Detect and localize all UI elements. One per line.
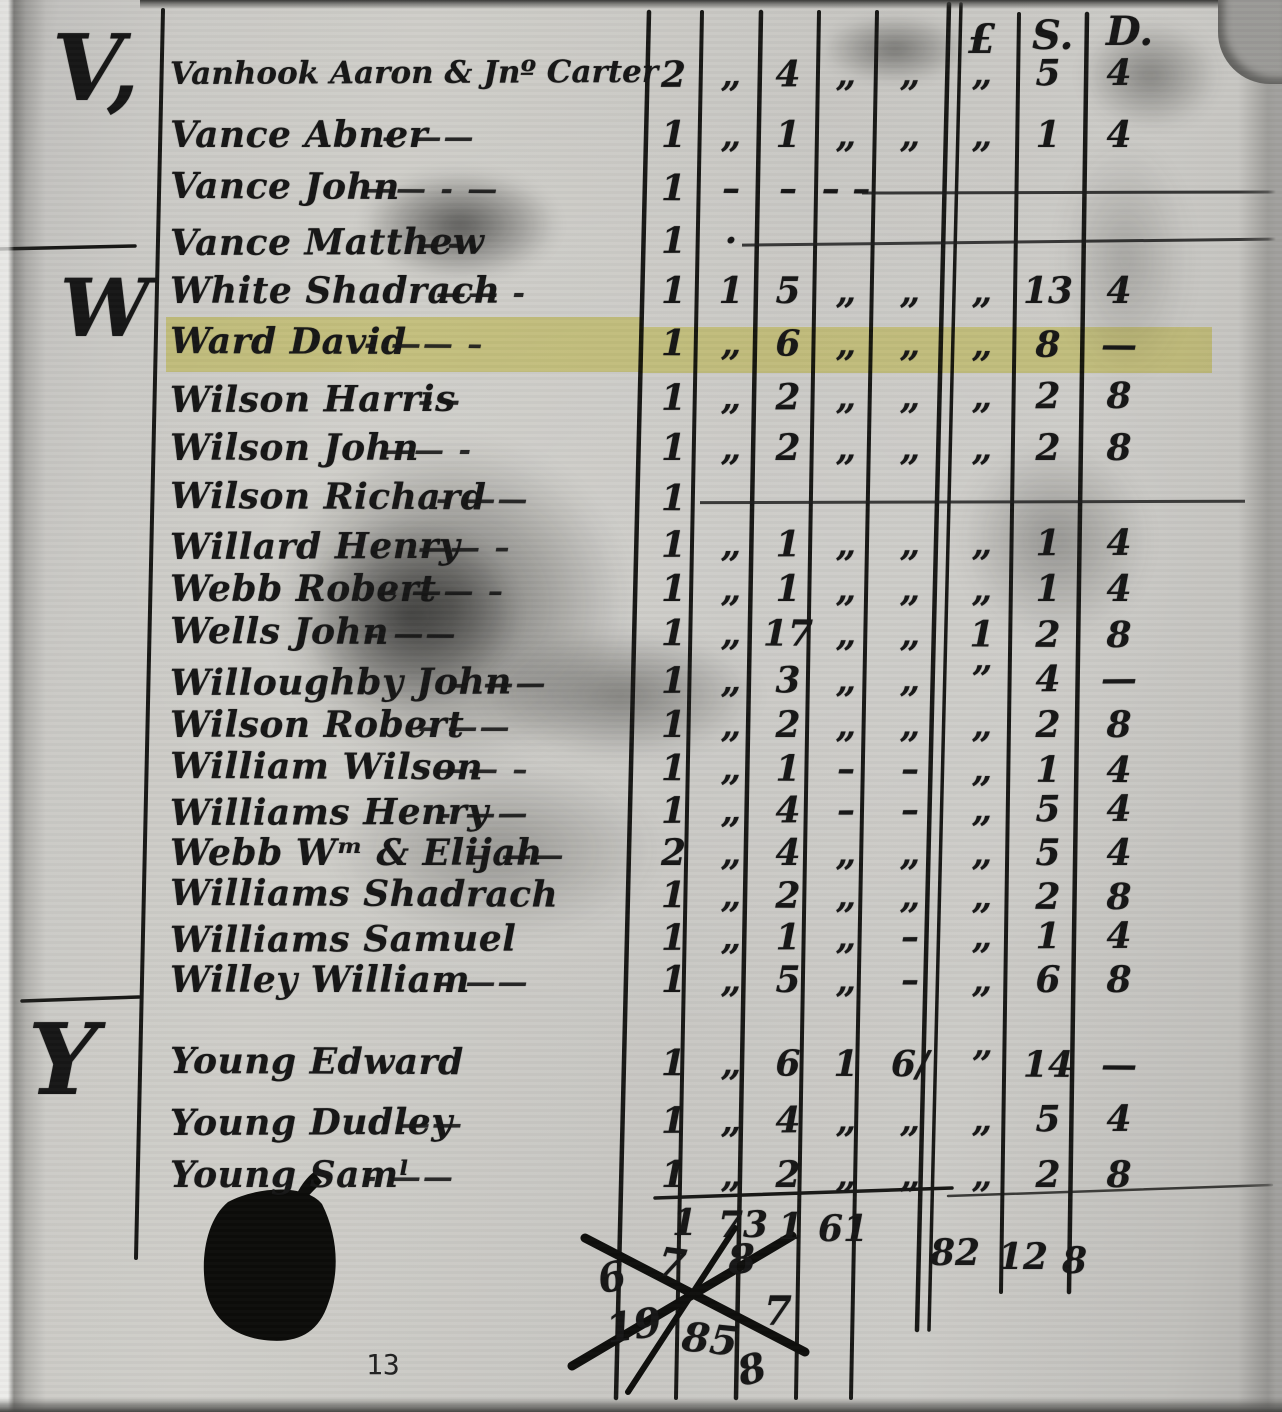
value-col-d: „ [817, 959, 875, 1001]
leader-dashes: – - [418, 384, 462, 419]
value-col-c: 2 [759, 427, 817, 469]
value-col-d: „ [817, 1099, 875, 1141]
value-col-d: „ [817, 1154, 875, 1196]
taxpayer-name: Vanhook Aaron & Jnº Carter [170, 54, 658, 92]
value-col-a: 1 [645, 959, 702, 1001]
value-col-a: 1 [645, 790, 702, 832]
value-col-b: „ [703, 1099, 759, 1141]
value-col-p: — [1082, 658, 1156, 700]
value-col-p: 4 [1082, 270, 1156, 312]
ledger-row: White Shadrach—— -115„„„134 [0, 268, 1282, 318]
value-col-s: 1 [1014, 749, 1082, 791]
leader-dashes: —— - [382, 433, 473, 468]
value-col-d: „ [817, 568, 875, 610]
crossout-figure: 8 [733, 1347, 770, 1393]
value-col-pound: „ [950, 748, 1014, 790]
value-col-e: – [875, 789, 945, 831]
value-col-c: 6 [759, 1043, 817, 1085]
value-col-c: 5 [759, 959, 817, 1001]
value-col-s: 4 [1014, 658, 1082, 700]
crossout-figure: 7 [764, 1292, 792, 1332]
value-col-d: „ [817, 613, 875, 655]
value-col-a: 1 [645, 874, 702, 916]
leader-dashes: —— – [418, 531, 512, 566]
total-pence: 8 [1062, 1240, 1087, 1282]
value-col-s: 5 [1014, 788, 1082, 830]
value-col-c: 2 [759, 875, 817, 917]
value-col-e: „ [875, 875, 945, 917]
total-col-e: 61 [818, 1208, 868, 1250]
value-col-e: – [875, 748, 945, 790]
value-col-p: 4 [1082, 52, 1156, 94]
ledger-row: Young Edward1„616/”14— [0, 1037, 1282, 1093]
value-col-e: „ [875, 523, 945, 565]
value-col-c: 3 [759, 659, 817, 701]
total-shillings: 12 [998, 1236, 1048, 1278]
leader-dashes: – —— [436, 796, 530, 831]
value-col-p: 4 [1082, 522, 1156, 564]
taxpayer-name: Willey William [170, 959, 470, 1001]
ledger-row: Vance John—— - —1––– – [0, 162, 1282, 218]
value-col-c: 1 [759, 748, 817, 790]
taxpayer-name: Williams Shadrach [170, 872, 558, 916]
value-col-e: „ [875, 114, 945, 156]
value-col-d: „ [817, 323, 875, 365]
value-col-s: 1 [1014, 114, 1082, 156]
value-col-pound: „ [950, 522, 1014, 564]
value-col-e: „ [875, 704, 945, 746]
value-col-c: 6 [759, 323, 817, 365]
value-col-a: 1 [645, 612, 702, 654]
value-col-s: 13 [1014, 270, 1082, 312]
value-col-b: „ [703, 832, 759, 874]
value-col-pound: „ [950, 875, 1014, 917]
value-col-e: 6/ [875, 1043, 945, 1085]
value-col-p: 4 [1082, 915, 1156, 957]
value-col-pound: „ [950, 427, 1014, 469]
value-col-e: „ [875, 659, 945, 701]
value-col-c: 4 [759, 53, 817, 95]
value-col-d: – [817, 789, 875, 831]
value-col-b: „ [703, 874, 759, 916]
page-edge-bottom [0, 1398, 1282, 1412]
value-col-d: „ [817, 704, 875, 746]
value-col-p: 8 [1082, 427, 1156, 469]
value-col-s: 1 [1014, 568, 1082, 610]
value-col-c: 2 [759, 1154, 817, 1196]
value-col-e: „ [875, 568, 945, 610]
value-col-pound: „ [950, 915, 1014, 957]
value-col-a: 2 [645, 54, 702, 96]
value-col-b: „ [703, 322, 759, 364]
taxpayer-name: Wells John [170, 610, 389, 653]
value-col-pound: „ [950, 1154, 1014, 1196]
value-col-b: „ [703, 789, 759, 831]
ledger-row: Vance Matthew– -1· [0, 215, 1282, 271]
taxpayer-name: Wilson Harris [170, 378, 456, 421]
value-col-a: 1 [645, 704, 702, 746]
value-col-pound: 1 [950, 613, 1014, 655]
value-col-s: 5 [1014, 52, 1082, 94]
taxpayer-name: Young Edward [170, 1040, 464, 1083]
ledger-row: Young Dudley——1„4„„„54 [0, 1095, 1282, 1151]
value-col-d: „ [817, 875, 875, 917]
value-col-p: 8 [1082, 959, 1156, 1001]
value-col-s: 2 [1014, 1154, 1082, 1196]
value-col-e: „ [875, 1099, 945, 1141]
value-col-s: 2 [1014, 614, 1082, 656]
crossout-figure: 7 [655, 1242, 688, 1285]
value-col-d: – [817, 748, 875, 790]
value-col-b: „ [703, 114, 759, 156]
value-col-e: „ [875, 1154, 945, 1196]
value-col-s: 14 [1014, 1044, 1082, 1086]
ledger-row: Wells John– ——1„17„„128 [0, 607, 1282, 663]
value-col-p: 8 [1082, 375, 1156, 417]
value-col-a: 1 [645, 427, 702, 469]
crossout-figure: 85 [680, 1317, 740, 1363]
value-col-p: 4 [1082, 1098, 1156, 1140]
value-col-a: 1 [645, 270, 702, 312]
blank-entry-rule [700, 500, 1245, 504]
value-col-c: 1 [759, 114, 817, 156]
leader-dashes: - —— – [364, 327, 484, 363]
leader-dashes: – —— [382, 120, 475, 155]
value-col-c: 4 [759, 832, 817, 874]
value-col-c: 5 [759, 270, 817, 312]
value-col-pound: „ [950, 568, 1014, 610]
ledger-row: Vance Abner– ——1„1„„„14 [0, 112, 1282, 162]
blank-entry-rule [742, 237, 1282, 247]
value-col-s: 1 [1014, 915, 1082, 957]
value-col-a: 1 [645, 917, 702, 959]
value-col-pound: „ [950, 52, 1014, 94]
crossout-figure: 6 [594, 1256, 630, 1301]
value-col-a: 2 [645, 832, 702, 874]
value-col-d: „ [817, 114, 875, 156]
value-col-s: 2 [1014, 704, 1082, 746]
value-col-p: 8 [1082, 704, 1156, 746]
value-col-a: 1 [645, 660, 702, 702]
page-edge-right [1238, 0, 1282, 1412]
value-col-s: 5 [1014, 1098, 1082, 1140]
value-col-p: 4 [1082, 114, 1156, 156]
value-col-c: 4 [759, 789, 817, 831]
value-col-a: 1 [645, 747, 702, 789]
ledger-row: Willey William– ——1„5„–„68 [0, 957, 1282, 1007]
value-col-d: „ [817, 659, 875, 701]
value-col-a: 1 [645, 220, 702, 262]
value-col-s: 2 [1014, 375, 1082, 417]
total-pounds: 82 [930, 1232, 980, 1274]
page-edge-top [140, 0, 1245, 9]
value-col-b: „ [703, 612, 759, 654]
value-col-c: 2 [759, 376, 817, 418]
value-col-b: „ [703, 747, 759, 789]
value-col-pound: „ [950, 788, 1014, 830]
value-col-a: 1 [645, 1154, 702, 1196]
value-col-a: 1 [645, 1100, 702, 1142]
ledger-row: Wilson John—— -1„2„„„28 [0, 425, 1282, 475]
page-edge-left [0, 0, 46, 1412]
leader-dashes: —— - — [364, 172, 499, 208]
value-col-s: 1 [1014, 522, 1082, 564]
blank-entry-rule [862, 190, 1282, 194]
value-col-e: „ [875, 427, 945, 469]
leader-dashes: – —— [436, 965, 529, 1000]
value-col-s: 6 [1014, 959, 1082, 1001]
value-col-e: „ [875, 613, 945, 655]
value-col-d: „ [817, 270, 875, 312]
value-col-b: „ [703, 53, 759, 95]
crossout-figure: 19 [603, 1302, 664, 1349]
value-col-a: 1 [645, 1042, 702, 1084]
value-col-b: „ [703, 659, 759, 701]
value-col-e: „ [875, 323, 945, 365]
total-col-d: 1 [778, 1206, 803, 1248]
value-col-d: „ [817, 53, 875, 95]
leader-dashes: —— [400, 1107, 464, 1142]
value-col-b: „ [703, 376, 759, 418]
value-col-a: 1 [645, 167, 702, 209]
leader-dashes: – —— [472, 838, 565, 873]
value-col-e: – [875, 959, 945, 1001]
value-col-c: 1 [759, 523, 817, 565]
value-col-e: „ [875, 270, 945, 312]
value-col-s: 2 [1014, 876, 1082, 918]
ledger-row: Ward David- —— –1„6„„„8— [0, 317, 1282, 373]
value-col-b: „ [703, 1042, 759, 1084]
value-col-b: „ [703, 916, 759, 958]
value-col-p: 8 [1082, 614, 1156, 656]
leader-dashes: – —— [436, 482, 530, 517]
leader-dashes: —— - [436, 276, 527, 311]
value-col-d: 1 [817, 1043, 875, 1085]
leader-dashes: —— – [436, 752, 530, 787]
value-col-d: „ [817, 832, 875, 874]
value-col-pound: „ [950, 832, 1014, 874]
value-col-d: – – [817, 168, 875, 210]
value-col-p: — [1082, 324, 1156, 366]
value-col-p: 4 [1082, 832, 1156, 874]
value-col-pound: „ [950, 1098, 1014, 1140]
value-col-pound: ” [950, 1043, 1014, 1085]
value-col-b: 1 [703, 270, 759, 312]
ledger-row: Wilson Harris– -1„2„„„28 [0, 372, 1282, 428]
value-col-pound: ” [950, 658, 1014, 700]
value-col-c: 2 [759, 704, 817, 746]
value-col-a: 1 [645, 114, 702, 156]
value-col-e: „ [875, 832, 945, 874]
total-col-b: 1 [672, 1202, 697, 1244]
header-pence-symbol: D. [1106, 12, 1153, 52]
value-col-c: 1 [759, 916, 817, 958]
value-col-a: 1 [645, 377, 702, 419]
value-col-p: 8 [1082, 1154, 1156, 1196]
value-col-c: 17 [759, 613, 817, 655]
leader-dashes: – —— [364, 617, 458, 652]
value-col-d: „ [817, 916, 875, 958]
value-col-pound: „ [950, 114, 1014, 156]
value-col-a: 1 [645, 477, 702, 519]
value-col-b: – [703, 167, 759, 209]
document-page: V, W Y £ S. D. Vanhook Aaron & Jnº Carte… [0, 0, 1282, 1412]
value-col-b: „ [703, 959, 759, 1001]
taxpayer-name: Williams Samuel [170, 918, 517, 962]
value-col-d: „ [817, 376, 875, 418]
page-number: 13 [366, 1348, 400, 1381]
value-col-p: 4 [1082, 568, 1156, 610]
value-col-pound: „ [950, 704, 1014, 746]
value-col-s: 5 [1014, 832, 1082, 874]
value-col-c: – [759, 168, 817, 210]
value-col-c: 4 [759, 1099, 817, 1141]
leader-dashes: – —— [454, 666, 548, 701]
leader-dashes: – - [418, 227, 462, 262]
leader-dashes: – —— [418, 710, 511, 745]
leader-dashes: – —— – [382, 574, 505, 609]
value-col-b: „ [703, 704, 759, 746]
value-col-p: — [1082, 1044, 1156, 1086]
value-col-a: 1 [645, 568, 702, 610]
value-col-a: 1 [645, 322, 702, 364]
value-col-b: „ [703, 427, 759, 469]
value-col-s: 8 [1014, 324, 1082, 366]
crossout-figure: 8 [726, 1239, 757, 1281]
value-col-e: „ [875, 53, 945, 95]
value-col-d: „ [817, 427, 875, 469]
value-col-c: 1 [759, 568, 817, 610]
value-col-pound: „ [950, 323, 1014, 365]
value-col-s: 2 [1014, 427, 1082, 469]
value-col-pound: „ [950, 959, 1014, 1001]
value-col-b: „ [703, 523, 759, 565]
value-col-pound: „ [950, 375, 1014, 417]
value-col-e: „ [875, 376, 945, 418]
ledger-row: Young Samˡ- ——1„2„„„28 [0, 1152, 1282, 1202]
taxpayer-name: Willard Henry [170, 525, 460, 568]
value-col-e: – [875, 916, 945, 958]
value-col-d: „ [817, 523, 875, 565]
value-col-b: · [703, 219, 759, 261]
ink-blot [204, 1190, 336, 1341]
ledger-row: Vanhook Aaron & Jnº Carter2„4„„„54 [0, 49, 1282, 105]
value-col-b: „ [703, 1154, 759, 1196]
value-col-a: 1 [645, 524, 702, 566]
value-col-pound: „ [950, 270, 1014, 312]
leader-dashes: - —— [364, 1160, 455, 1195]
value-col-p: 4 [1082, 788, 1156, 830]
value-col-b: „ [703, 568, 759, 610]
